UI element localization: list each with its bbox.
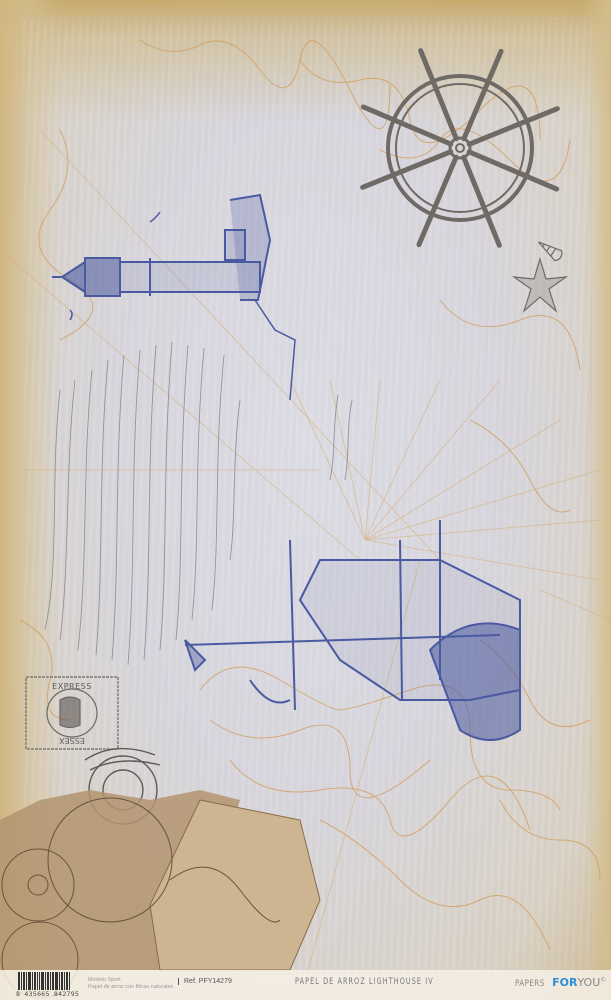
sailing-ship-icon [185,520,520,740]
stamp-top: EXPRESS [52,682,92,691]
model-line-1: Modelo Sport [88,977,173,984]
product-ref: Ref. PFY14279 [178,978,232,985]
antique-maps [0,790,320,998]
brand-part-3: YOU [577,976,600,989]
barcode-number: 8 435665 842795 [16,990,79,998]
model-info: Modelo Sport Papel de arroz con fibras n… [88,977,173,991]
brand-part-1: PAPERS [515,979,545,989]
barcode [18,972,78,990]
brand-mark: © [600,977,606,984]
handwritten-script [45,342,352,665]
starfish-icon [514,259,566,311]
brand-part-2: FOR [552,976,577,989]
rice-paper-sheet: EXPRESS ESSEX 8 435665 842795 Modelo Spo… [0,0,611,1000]
seashell-icon [535,237,564,262]
artwork: EXPRESS ESSEX [0,0,611,1000]
model-line-2: Papel de arroz con fibras naturales [88,984,173,991]
stamp-bottom: ESSEX [59,736,85,745]
lighthouse-icon [52,195,295,400]
ships-wheel-icon [363,51,558,246]
product-title: PAPEL DE ARROZ LIGHTHOUSE IV [295,977,434,987]
brand-logo: PAPERSFORYOU© [515,976,606,989]
